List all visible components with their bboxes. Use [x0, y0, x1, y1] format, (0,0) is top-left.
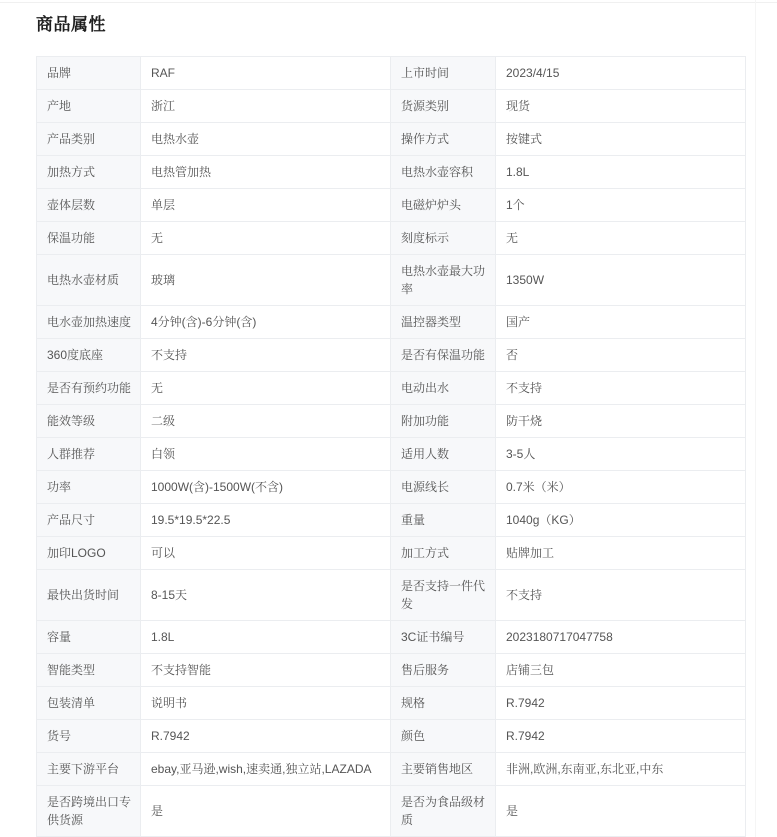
- attribute-label: 电热水壶容积: [391, 156, 496, 189]
- table-row: 最快出货时间8-15天是否支持一件代发不支持: [37, 570, 746, 621]
- attribute-value: 无: [141, 372, 391, 405]
- attribute-value: 是: [141, 786, 391, 837]
- attribute-label: 360度底座: [37, 339, 141, 372]
- attribute-label: 是否有预约功能: [37, 372, 141, 405]
- attribute-value: 白领: [141, 438, 391, 471]
- table-row: 产品尺寸19.5*19.5*22.5重量1040g（KG）: [37, 504, 746, 537]
- attribute-value: 电热水壶: [141, 123, 391, 156]
- attribute-value: 4分钟(含)-6分钟(含): [141, 306, 391, 339]
- attribute-value: 无: [141, 222, 391, 255]
- attribute-label: 最快出货时间: [37, 570, 141, 621]
- table-row: 电热水壶材质玻璃电热水壶最大功率1350W: [37, 255, 746, 306]
- page-title: 商品属性: [36, 13, 106, 37]
- attribute-label: 产地: [37, 90, 141, 123]
- attribute-value: 1.8L: [141, 621, 391, 654]
- attribute-label: 货源类别: [391, 90, 496, 123]
- attribute-label: 电热水壶最大功率: [391, 255, 496, 306]
- attribute-label: 加热方式: [37, 156, 141, 189]
- attribute-label: 容量: [37, 621, 141, 654]
- table-row: 品牌RAF上市时间2023/4/15: [37, 57, 746, 90]
- table-row: 产品类别电热水壶操作方式按键式: [37, 123, 746, 156]
- attribute-value: 贴牌加工: [496, 537, 746, 570]
- attribute-value: 不支持: [141, 339, 391, 372]
- table-row: 能效等级二级附加功能防干烧: [37, 405, 746, 438]
- attribute-value: 不支持智能: [141, 654, 391, 687]
- attribute-value: 19.5*19.5*22.5: [141, 504, 391, 537]
- attribute-label: 颜色: [391, 720, 496, 753]
- attribute-label: 是否为食品级材质: [391, 786, 496, 837]
- attribute-value: 可以: [141, 537, 391, 570]
- attribute-label: 操作方式: [391, 123, 496, 156]
- attribute-label: 加印LOGO: [37, 537, 141, 570]
- table-row: 包装清单说明书规格R.7942: [37, 687, 746, 720]
- attribute-value: 现货: [496, 90, 746, 123]
- attribute-label: 保温功能: [37, 222, 141, 255]
- product-attributes-body: 品牌RAF上市时间2023/4/15产地浙江货源类别现货产品类别电热水壶操作方式…: [37, 57, 746, 837]
- attribute-label: 货号: [37, 720, 141, 753]
- attribute-label: 品牌: [37, 57, 141, 90]
- attribute-value: 按键式: [496, 123, 746, 156]
- attribute-label: 是否有保温功能: [391, 339, 496, 372]
- attribute-label: 附加功能: [391, 405, 496, 438]
- attribute-label: 主要下游平台: [37, 753, 141, 786]
- attribute-value: 1.8L: [496, 156, 746, 189]
- table-row: 加印LOGO可以加工方式贴牌加工: [37, 537, 746, 570]
- content-right-divider: [755, 0, 756, 837]
- attribute-value: 不支持: [496, 570, 746, 621]
- attribute-value: 1个: [496, 189, 746, 222]
- attribute-label: 电源线长: [391, 471, 496, 504]
- attribute-value: 是: [496, 786, 746, 837]
- attribute-value: ebay,亚马逊,wish,速卖通,独立站,LAZADA: [141, 753, 391, 786]
- table-row: 电水壶加热速度4分钟(含)-6分钟(含)温控器类型国产: [37, 306, 746, 339]
- attribute-value: 防干烧: [496, 405, 746, 438]
- attribute-label: 主要销售地区: [391, 753, 496, 786]
- table-row: 产地浙江货源类别现货: [37, 90, 746, 123]
- attribute-label: 适用人数: [391, 438, 496, 471]
- attribute-value: 单层: [141, 189, 391, 222]
- attribute-value: 2023180717047758: [496, 621, 746, 654]
- attribute-label: 上市时间: [391, 57, 496, 90]
- attribute-label: 电动出水: [391, 372, 496, 405]
- attribute-value: 说明书: [141, 687, 391, 720]
- attribute-value: RAF: [141, 57, 391, 90]
- attribute-label: 产品尺寸: [37, 504, 141, 537]
- attribute-value: 电热管加热: [141, 156, 391, 189]
- table-row: 人群推荐白领适用人数3-5人: [37, 438, 746, 471]
- attribute-label: 是否跨境出口专供货源: [37, 786, 141, 837]
- top-divider: [0, 2, 777, 3]
- attribute-label: 功率: [37, 471, 141, 504]
- table-row: 是否跨境出口专供货源是是否为食品级材质是: [37, 786, 746, 837]
- table-row: 功率1000W(含)-1500W(不含)电源线长0.7米（米）: [37, 471, 746, 504]
- attribute-value: 8-15天: [141, 570, 391, 621]
- table-row: 主要下游平台ebay,亚马逊,wish,速卖通,独立站,LAZADA主要销售地区…: [37, 753, 746, 786]
- attribute-label: 能效等级: [37, 405, 141, 438]
- attribute-value: 不支持: [496, 372, 746, 405]
- table-row: 货号R.7942颜色R.7942: [37, 720, 746, 753]
- attribute-label: 电水壶加热速度: [37, 306, 141, 339]
- attribute-label: 售后服务: [391, 654, 496, 687]
- attribute-label: 壶体层数: [37, 189, 141, 222]
- product-attributes-table: 品牌RAF上市时间2023/4/15产地浙江货源类别现货产品类别电热水壶操作方式…: [36, 56, 746, 837]
- attribute-value: 国产: [496, 306, 746, 339]
- table-row: 360度底座不支持是否有保温功能否: [37, 339, 746, 372]
- attribute-label: 是否支持一件代发: [391, 570, 496, 621]
- attribute-value: 店铺三包: [496, 654, 746, 687]
- attribute-label: 电热水壶材质: [37, 255, 141, 306]
- attribute-label: 重量: [391, 504, 496, 537]
- table-row: 保温功能无刻度标示无: [37, 222, 746, 255]
- attribute-label: 3C证书编号: [391, 621, 496, 654]
- attribute-value: 否: [496, 339, 746, 372]
- table-row: 智能类型不支持智能售后服务店铺三包: [37, 654, 746, 687]
- attribute-value: 1000W(含)-1500W(不含): [141, 471, 391, 504]
- table-row: 加热方式电热管加热电热水壶容积1.8L: [37, 156, 746, 189]
- attribute-label: 包装清单: [37, 687, 141, 720]
- attribute-value: R.7942: [141, 720, 391, 753]
- attribute-value: 1350W: [496, 255, 746, 306]
- attribute-label: 电磁炉炉头: [391, 189, 496, 222]
- attribute-value: 2023/4/15: [496, 57, 746, 90]
- attribute-value: 0.7米（米）: [496, 471, 746, 504]
- attribute-value: 玻璃: [141, 255, 391, 306]
- table-row: 壶体层数单层电磁炉炉头1个: [37, 189, 746, 222]
- attribute-label: 温控器类型: [391, 306, 496, 339]
- attribute-value: R.7942: [496, 720, 746, 753]
- attribute-label: 人群推荐: [37, 438, 141, 471]
- attribute-label: 加工方式: [391, 537, 496, 570]
- attribute-label: 规格: [391, 687, 496, 720]
- attribute-value: 非洲,欧洲,东南亚,东北亚,中东: [496, 753, 746, 786]
- table-row: 容量1.8L3C证书编号2023180717047758: [37, 621, 746, 654]
- attribute-value: R.7942: [496, 687, 746, 720]
- attribute-value: 3-5人: [496, 438, 746, 471]
- attribute-label: 智能类型: [37, 654, 141, 687]
- attribute-label: 产品类别: [37, 123, 141, 156]
- table-row: 是否有预约功能无电动出水不支持: [37, 372, 746, 405]
- attribute-value: 无: [496, 222, 746, 255]
- attribute-label: 刻度标示: [391, 222, 496, 255]
- attribute-value: 1040g（KG）: [496, 504, 746, 537]
- attribute-value: 二级: [141, 405, 391, 438]
- attribute-value: 浙江: [141, 90, 391, 123]
